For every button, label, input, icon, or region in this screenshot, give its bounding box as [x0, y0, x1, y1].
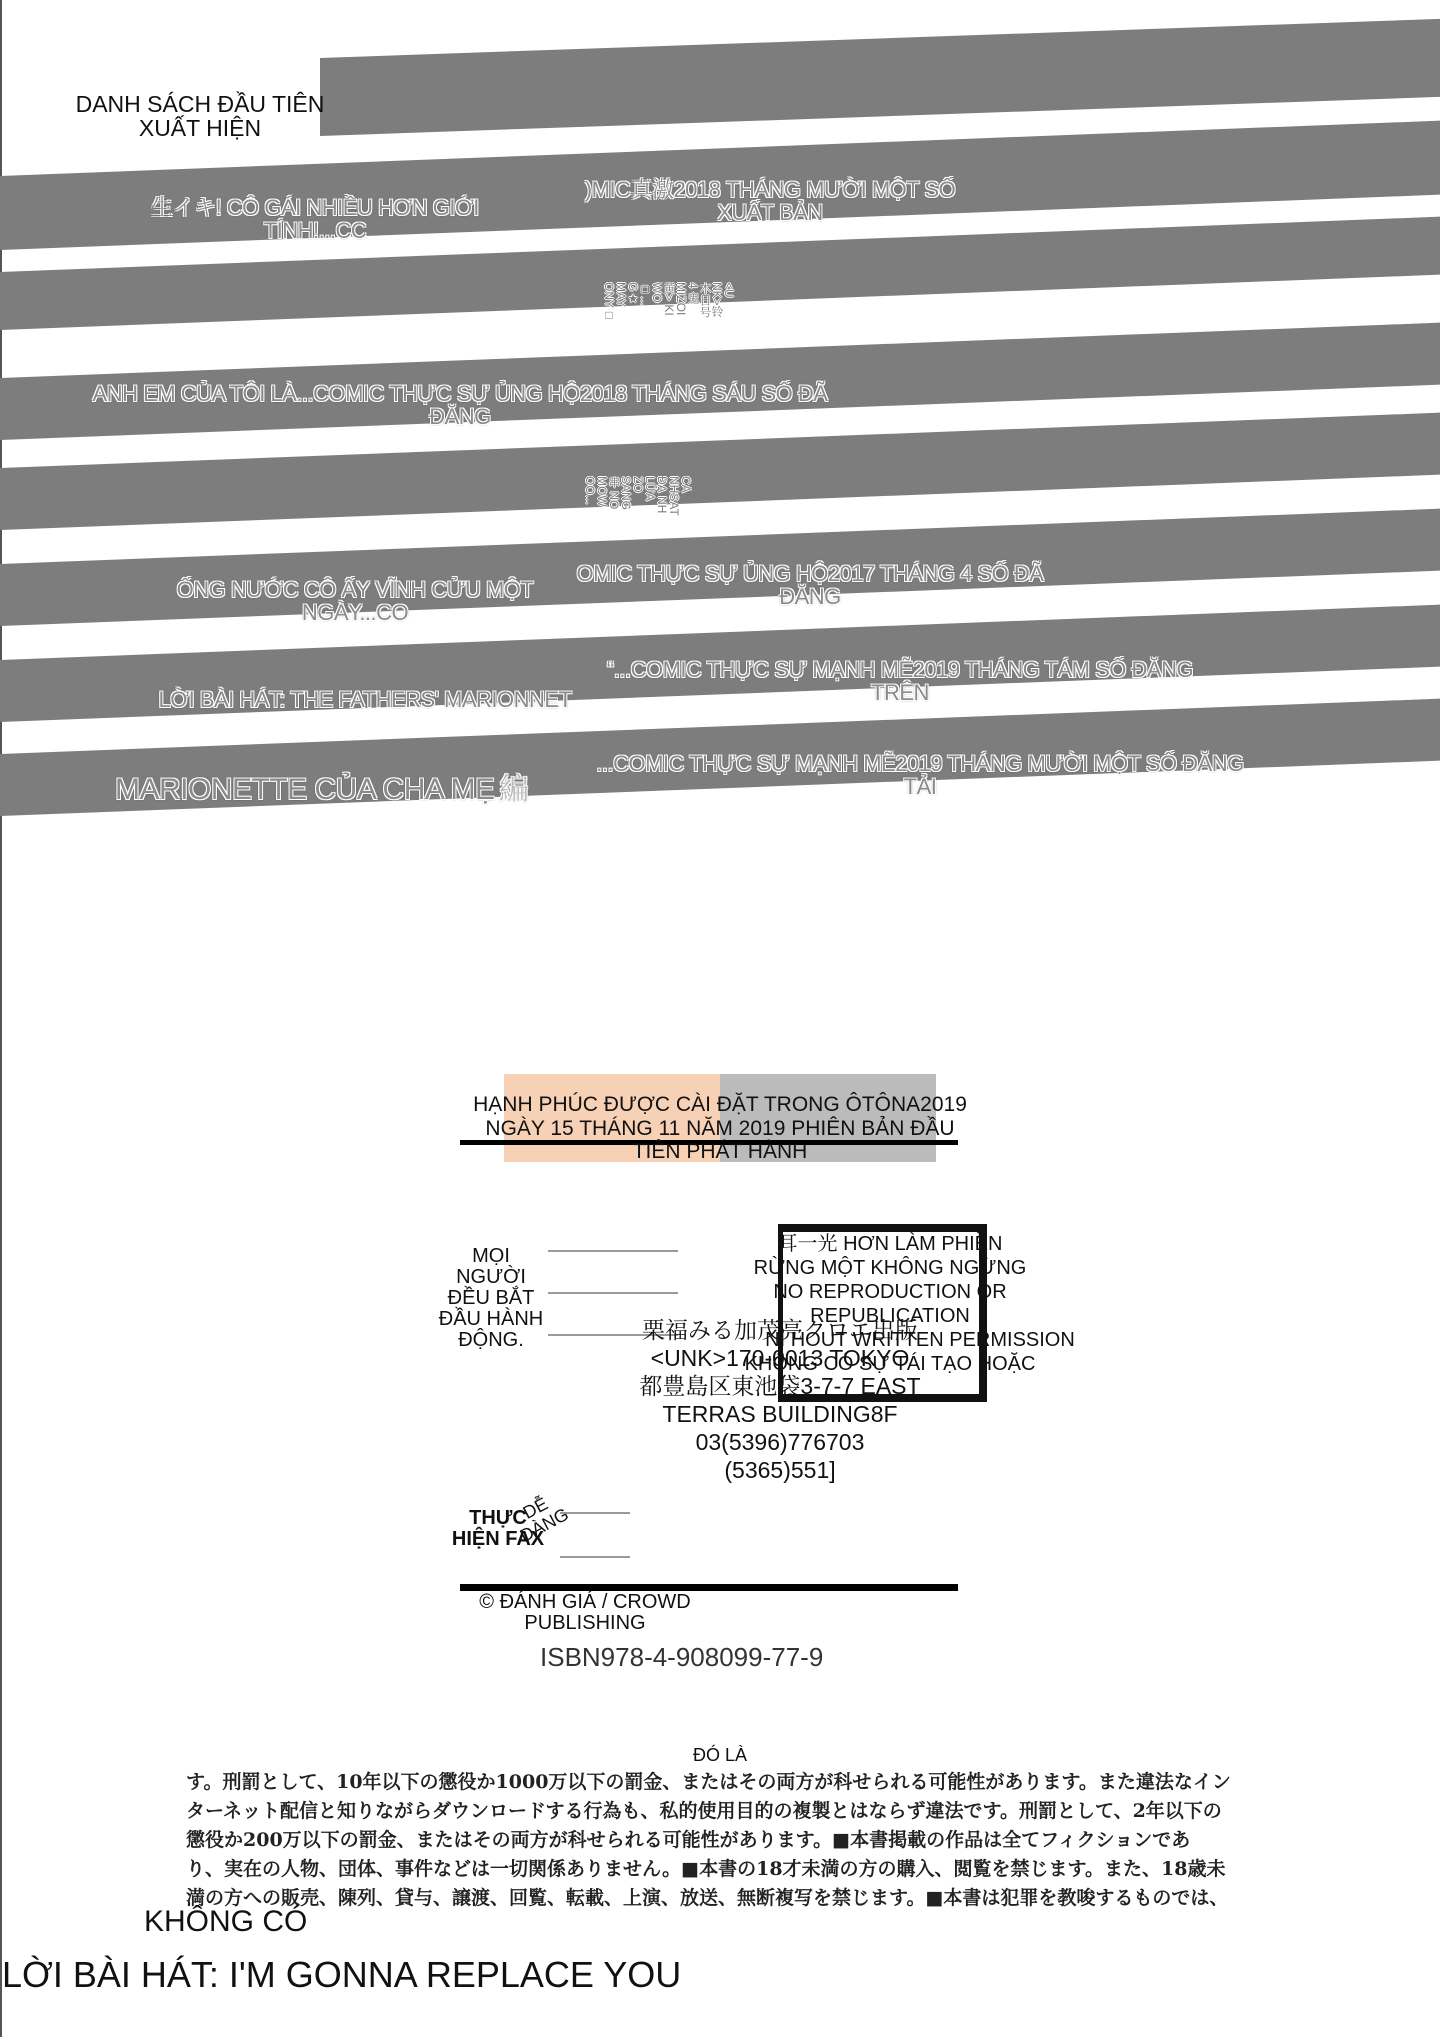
first-appearance-heading: DANH SÁCH ĐẦU TIÊN XUẤT HIỆN [50, 92, 350, 140]
story-5-source: OMIC THỰC SỰ ỦNG HỘ2017 THÁNG 4 SỐ ĐÃ ĐĂ… [565, 562, 1055, 608]
stamp-line-3: NO REPRODUCTION OR [680, 1282, 1100, 1303]
author-line-2 [548, 1292, 678, 1294]
story-7-title-suffix: 編 [499, 773, 529, 806]
footer-none-label: KHÔNG CÓ [144, 1906, 344, 1938]
story-4-vertical-text: CÁ NHSAT ĐẠ NH LỬA ZO SANG 串 NO MOW OO..… [532, 476, 692, 516]
notice-line-1: す。刑罰として、10年以下の懲役か1000万以下の罰金、またはその両方が科せられ… [186, 1768, 1266, 1797]
stamp-line-2: RỪNG MỘT KHÔNG NGỪNG [680, 1258, 1100, 1279]
author-label: MỌI NGƯỜI ĐỀU BẮT ĐẦU HÀNH ĐỘNG. [436, 1246, 546, 1351]
story-7-title-group: MARIONETTE CỦA CHA MẸ 編 [115, 774, 529, 806]
notice-line-4: り、実在の人物、団体、事件などは一切関係ありません。■本書の18才未満の方の購入… [186, 1855, 1266, 1884]
stripe-1 [320, 19, 1440, 136]
story-7-title: MARIONETTE CỦA CHA MẸ [115, 773, 495, 806]
story-1-title: 生イキ! CÔ GÁI NHIỀU HƠN GIỚI TÍNH!...CC [130, 196, 500, 242]
publisher-line-4: TERRAS BUILDING8F [580, 1402, 980, 1426]
book-title-line-1: HẠNH PHÚC ĐƯỢC CÀI ĐẶT TRONG ÔTÔNA2019 [420, 1094, 1020, 1116]
story-2-vertical-text: <U NK>铃木日号4 鬼MIZOI 黄> KI WO □... G★ MAY … [465, 282, 735, 322]
story-5-title: ỐNG NƯỚC CÔ ẤY VĨNH CỬU MỘT NGÀY...CO [150, 578, 560, 624]
publisher-line-2: <UNK>170-0013 TOKYO [580, 1346, 980, 1370]
publisher-fax: (5365)551] [580, 1458, 980, 1482]
copyright-text: © ĐÁNH GIÁ / CROWD PUBLISHING [460, 1592, 710, 1634]
isbn: ISBN978-4-908099-77-9 [540, 1644, 880, 1671]
publisher-phone: 03(5396)776703 [580, 1430, 980, 1454]
notice-line-3: 懲役か200万以下の罰金、またはその両方が科せられる可能性があります。■本書掲載… [186, 1826, 1266, 1855]
story-3-title: ANH EM CỦA TÔI LÀ...COMIC THỰC SỰ ỦNG HỘ… [70, 382, 850, 428]
notice-line-2: ターネット配信と知りながらダウンロードする行為も、私的使用目的の複製とはならず違… [186, 1797, 1266, 1826]
story-1-source: )MIC真激2018 THÁNG MƯỜI MỘT SỐ XUẤT BẢN [560, 178, 980, 224]
print-line-2 [560, 1556, 630, 1558]
story-7-source: ...COMIC THỰC SỰ MẠNH MẼ2019 THÁNG MƯỜI … [580, 752, 1260, 798]
book-title-line-2: NGÀY 15 THÁNG 11 NĂM 2019 PHIÊN BẢN ĐẦU [420, 1118, 1020, 1140]
notice-line-5: 満の方への販売、陳列、貸与、譲渡、回覧、転載、上演、放送、無断複写を禁じます。■… [186, 1884, 1266, 1913]
story-6-title: LỜI BÀI HÁT: THE FATHERS' MARIONNET [110, 688, 620, 711]
book-title-line-3: TIÊN PHÁT HÀNH [420, 1141, 1020, 1163]
publisher-line-3: 都豊島区東池袋3-7-7 EAST [580, 1374, 980, 1398]
footer-lyrics-label: LỜI BÀI HÁT: I'M GONNA REPLACE YOU [2, 1956, 762, 1994]
print-line-1 [560, 1512, 630, 1514]
stamp-line-1: 耳一光 HƠN LÀM PHIỀN [700, 1234, 1080, 1255]
publisher-line-1: 栗福みる加茂亮クロエ出版 [580, 1318, 980, 1342]
notice-heading: ĐÓ LÀ [640, 1746, 800, 1765]
author-line-1 [548, 1250, 678, 1252]
story-6-source: “...COMIC THỰC SỰ MẠNH MẼ2019 THÁNG TÁM … [580, 658, 1220, 704]
copyright-rule [460, 1584, 958, 1591]
